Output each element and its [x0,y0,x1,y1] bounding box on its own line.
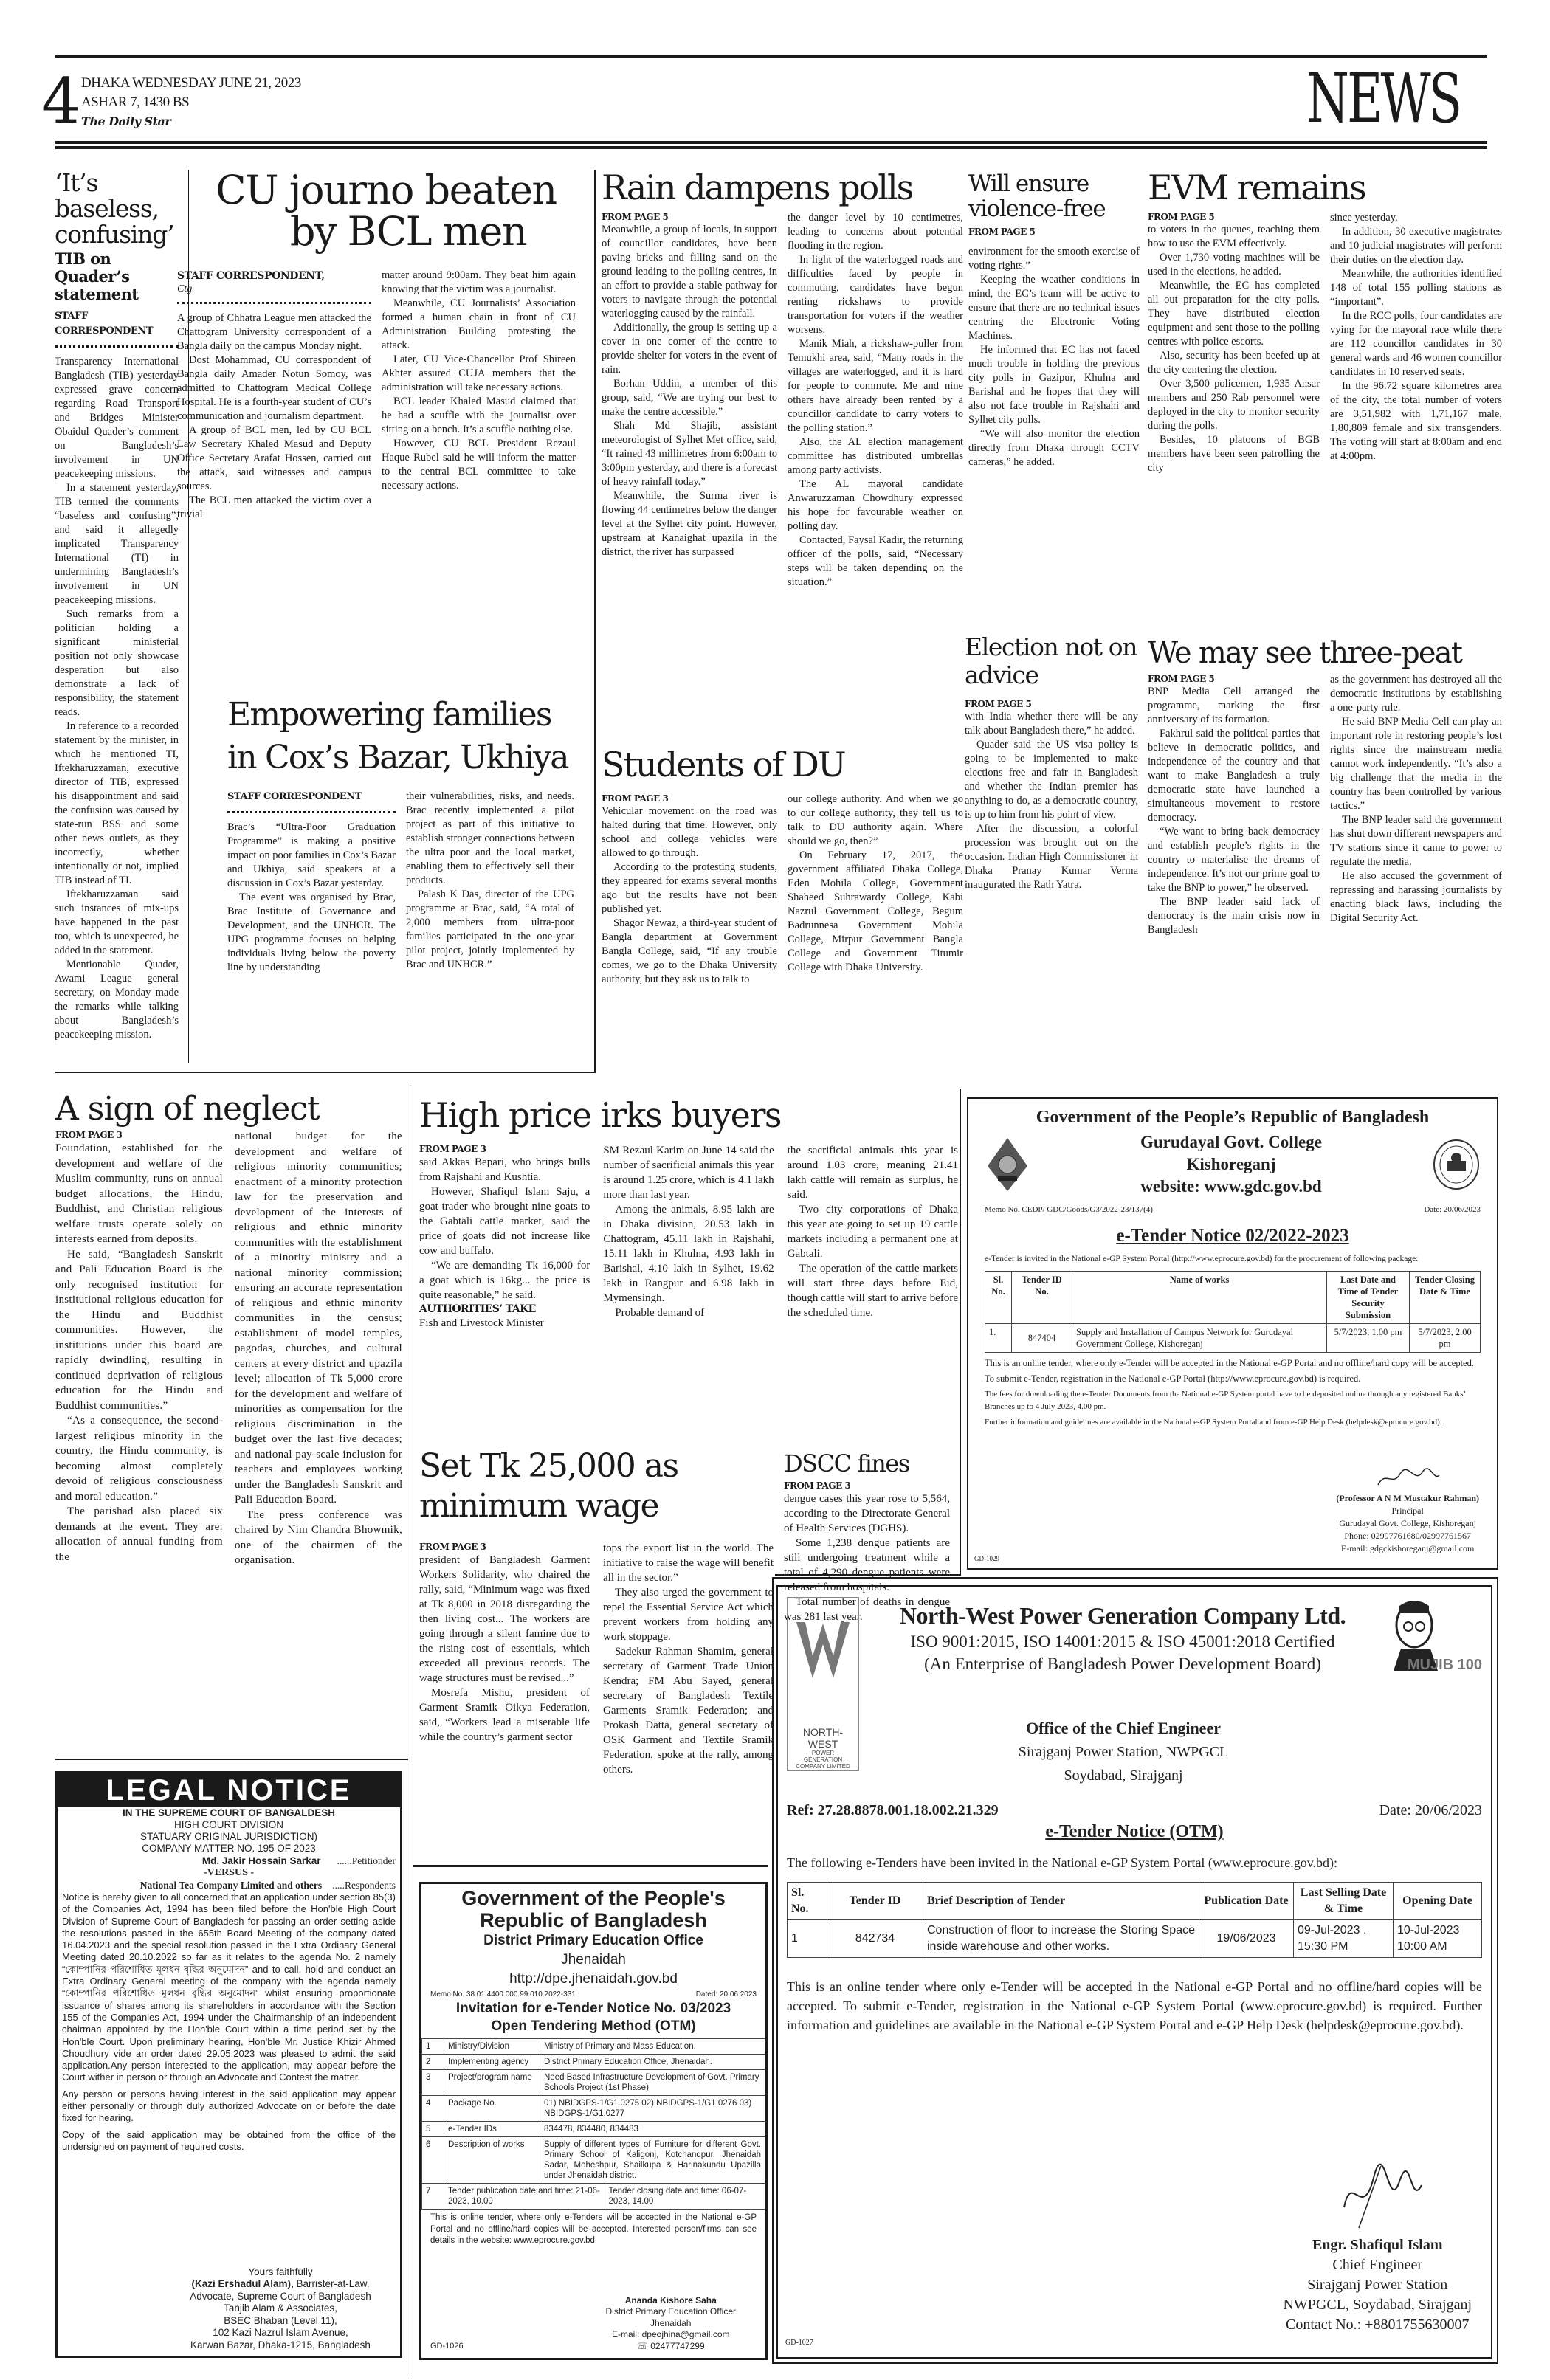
station-location: Soydabad, Sirajganj [868,1764,1379,1787]
article-evm-remains: EVM remains FROM PAGE 5 to voters in the… [1148,168,1502,475]
legal-top-rule [55,1759,408,1760]
header-meta: DHAKA WEDNESDAY JUNE 21, 2023 ASHAR 7, 1… [81,74,301,131]
office-name: Office of the Chief Engineer [868,1717,1379,1740]
subhead: AUTHORITIES’ TAKE [419,1303,590,1316]
memo-date: Dated: 20.06.2023 [696,1990,757,1998]
from-page: FROM PAGE 3 [784,1480,950,1491]
article-tib: ‘It’s baseless, confusing’ TIB on Quader… [55,170,179,1042]
header-top-rule [55,55,1487,58]
headline: ‘It’s baseless, confusing’ [55,170,179,247]
dateline: Ctg [177,283,371,295]
from-page: FROM PAGE 5 [602,211,777,223]
district: Jhenaidah [421,1950,765,1970]
tender-details-table: 1Ministry/DivisionMinistry of Primary an… [421,2038,765,2210]
headline: Election not on advice [965,633,1138,689]
gov-title: Government of the People’s Republic of B… [985,1106,1481,1128]
article-election-advice: Election not on advice FROM PAGE 5 with … [965,633,1138,892]
headline: High price irks buyers [419,1096,958,1134]
signature-block: (Professor A N M Mustakur Rahman) Princi… [1336,1466,1479,1555]
dotted-divider [227,807,396,813]
notice-intro: The following e-Tenders have been invite… [787,1854,1482,1872]
table-row: 1Ministry/DivisionMinistry of Primary an… [422,2039,765,2055]
dotted-divider [177,298,371,304]
ad-code: GD-1029 [974,1555,999,1562]
company-name: North-West Power Generation Company Ltd. [859,1600,1386,1631]
notice-intro: e-Tender is invited in the National e-GP… [985,1254,1481,1265]
dscc-bottom-border [775,1574,961,1576]
college-name: Gurudayal Govt. College [1140,1131,1322,1153]
article-students-du: Students of DU FROM PAGE 3 Vehicular mov… [602,745,963,987]
signature-icon [1329,2163,1425,2229]
signature-block: Yours faithfully (Kazi Ershadul Alam), B… [170,2266,391,2352]
table-row: 6Description of worksSupply of different… [422,2137,765,2184]
nwpgcl-logo: NORTH-WEST POWER GENERATION COMPANY LIMI… [787,1597,859,1771]
dscc-right-border [960,1089,961,1576]
article-body: Transparency International Bangladesh (T… [55,355,179,1042]
from-page: FROM PAGE 3 [55,1129,223,1141]
tender-table: Sl. No. Tender ID Brief Description of T… [787,1882,1482,1958]
table-row: 4Package No.01) NBIDGPS-1/G1.0275 02) NB… [422,2096,765,2122]
article-high-price: High price irks buyers FROM PAGE 3 said … [419,1096,958,1331]
website-link[interactable]: http://dpe.jhenaidah.gov.bd [421,1970,765,1989]
memo-number: Memo No. 38.01.4400.000.99.010.2022-331 [430,1990,576,1998]
table-row: 2Implementing agencyDistrict Primary Edu… [422,2055,765,2070]
from-page: FROM PAGE 5 [965,698,1138,710]
page-number: 4 [41,72,80,130]
ad-gurudayal-tender: Government of the People’s Republic of B… [967,1097,1498,1570]
signature-block: Ananda Kishore Saha District Primary Edu… [606,2295,737,2353]
byline: STAFF CORRESPONDENT [227,790,396,804]
from-page: FROM PAGE 5 [1148,673,1320,685]
headline: DSCC fines [784,1450,950,1477]
table-row: 3Project/program nameNeed Based Infrastr… [422,2070,765,2096]
bangla-date: ASHAR 7, 1430 BS [81,93,301,112]
station-name: Sirajganj Power Station, NWPGCL [868,1740,1379,1764]
header-rule-1 [55,141,1487,144]
office-name: District Primary Education Office [421,1931,765,1950]
signature-icon [1374,1466,1441,1489]
college-website[interactable]: website: www.gdc.gov.bd [1140,1176,1322,1198]
ad-code: GD-1026 [430,2342,464,2350]
byline: STAFF CORRESPONDENT, [177,269,371,283]
gov-title: Government of the People's [421,1887,765,1909]
from-page: FROM PAGE 5 [968,226,1140,238]
from-page: FROM PAGE 3 [419,1143,590,1155]
enterprise-line: (An Enterprise of Bangladesh Power Devel… [859,1653,1386,1675]
from-page: FROM PAGE 3 [419,1541,590,1553]
from-page: FROM PAGE 3 [602,793,777,804]
headline: CU journo beaten by BCL men [176,170,574,252]
tender-table: Sl. No. Tender ID No. Name of works Last… [985,1271,1481,1353]
headline: Will ensure violence-free [968,171,1140,221]
article-empowering: Empowering families in Cox’s Bazar, Ukhi… [227,694,574,975]
ad-nwpgcl-tender: NORTH-WEST POWER GENERATION COMPANY LIMI… [776,1585,1492,2359]
legal-title: LEGAL NOTICE [58,1773,400,1807]
notice-title: e-Tender Notice (OTM) [787,1822,1482,1842]
section-title: NEWS [1306,65,1460,133]
dotted-divider [55,342,179,348]
empowering-box-bottom [406,1072,594,1073]
notice-date: Date: 20/06/2023 [1379,1802,1482,1819]
reference-number: Ref: 27.28.8878.001.18.002.21.329 [787,1802,999,1819]
column-divider [410,1085,410,2376]
article-cu-journo: CU journo beaten by BCL men [176,170,574,252]
table-row: 5e-Tender IDs834478, 834480, 834483 [422,2122,765,2137]
column-divider [594,170,596,1073]
headline: Empowering families in Cox’s Bazar, Ukhi… [227,694,574,779]
table-row: 1. 847404 Supply and Installation of Cam… [985,1324,1481,1353]
section-rule [55,1072,406,1073]
headline: Set Tk 25,000 as minimum wage [419,1446,774,1526]
ad-code: GD-1027 [785,2339,813,2347]
article-sign-of-neglect: A sign of neglect FROM PAGE 3 Foundation… [55,1091,402,1568]
article-cu-body: STAFF CORRESPONDENT, Ctg A group of Chha… [177,269,576,522]
ad-legal-notice: LEGAL NOTICE IN THE SUPREME COURT OF BAN… [55,1771,402,2358]
notice-body: This is online tender, where only e-Tend… [421,2210,765,2250]
headline: Students of DU [602,745,963,784]
memo-number: Memo No. CEDP/ GDC/Goods/G3/2022-23/137(… [985,1205,1153,1214]
jhenaidah-top-rule [413,1865,768,1867]
notice-title: e-Tender Notice 02/2022-2023 [985,1226,1481,1246]
education-seal-icon [1432,1139,1481,1190]
ad-jhenaidah-tender: Government of the People's Republic of B… [419,1882,768,2360]
headline: A sign of neglect [55,1091,402,1128]
article-rain-polls: Rain dampens polls FROM PAGE 5 Meanwhile… [602,168,963,590]
notice-body: This is an online tender where only e-Te… [787,1977,1482,2035]
college-crest-icon [985,1136,1030,1193]
mujib-100-badge: MUJIB 100 [1386,1597,1482,1678]
byline: STAFF CORRESPONDENT [55,309,179,339]
memo-date: Date: 20/06/2023 [1424,1205,1481,1214]
headline: EVM remains [1148,168,1502,207]
notice-title: Invitation for e-Tender Notice No. 03/20… [421,2000,765,2018]
headline: We may see three-peat [1148,636,1502,670]
masthead-logo: The Daily Star [81,112,301,131]
article-violence-free: Will ensure violence-free FROM PAGE 5 en… [968,171,1140,469]
date-line: DHAKA WEDNESDAY JUNE 21, 2023 [81,74,301,93]
headline: Rain dampens polls [602,168,963,207]
iso-line: ISO 9001:2015, ISO 14001:2015 & ISO 4500… [859,1631,1386,1653]
nwpgcl-w-logo-icon [793,1615,852,1686]
article-three-peat: We may see three-peat FROM PAGE 5 BNP Me… [1148,636,1502,937]
header-rule-2 [55,146,1487,149]
signature-block: Engr. Shafiqul Islam Chief Engineer Sira… [1283,2163,1472,2335]
table-row: 7Tender publication date and time: 21-06… [422,2184,765,2210]
college-district: Kishoreganj [1140,1153,1322,1176]
article-minimum-wage: Set Tk 25,000 as minimum wage FROM PAGE … [419,1446,774,1777]
table-row: 1 842734 Construction of floor to increa… [788,1920,1482,1958]
from-page: FROM PAGE 5 [1148,211,1320,223]
subhead: TIB on Quader’s statement [55,250,179,303]
